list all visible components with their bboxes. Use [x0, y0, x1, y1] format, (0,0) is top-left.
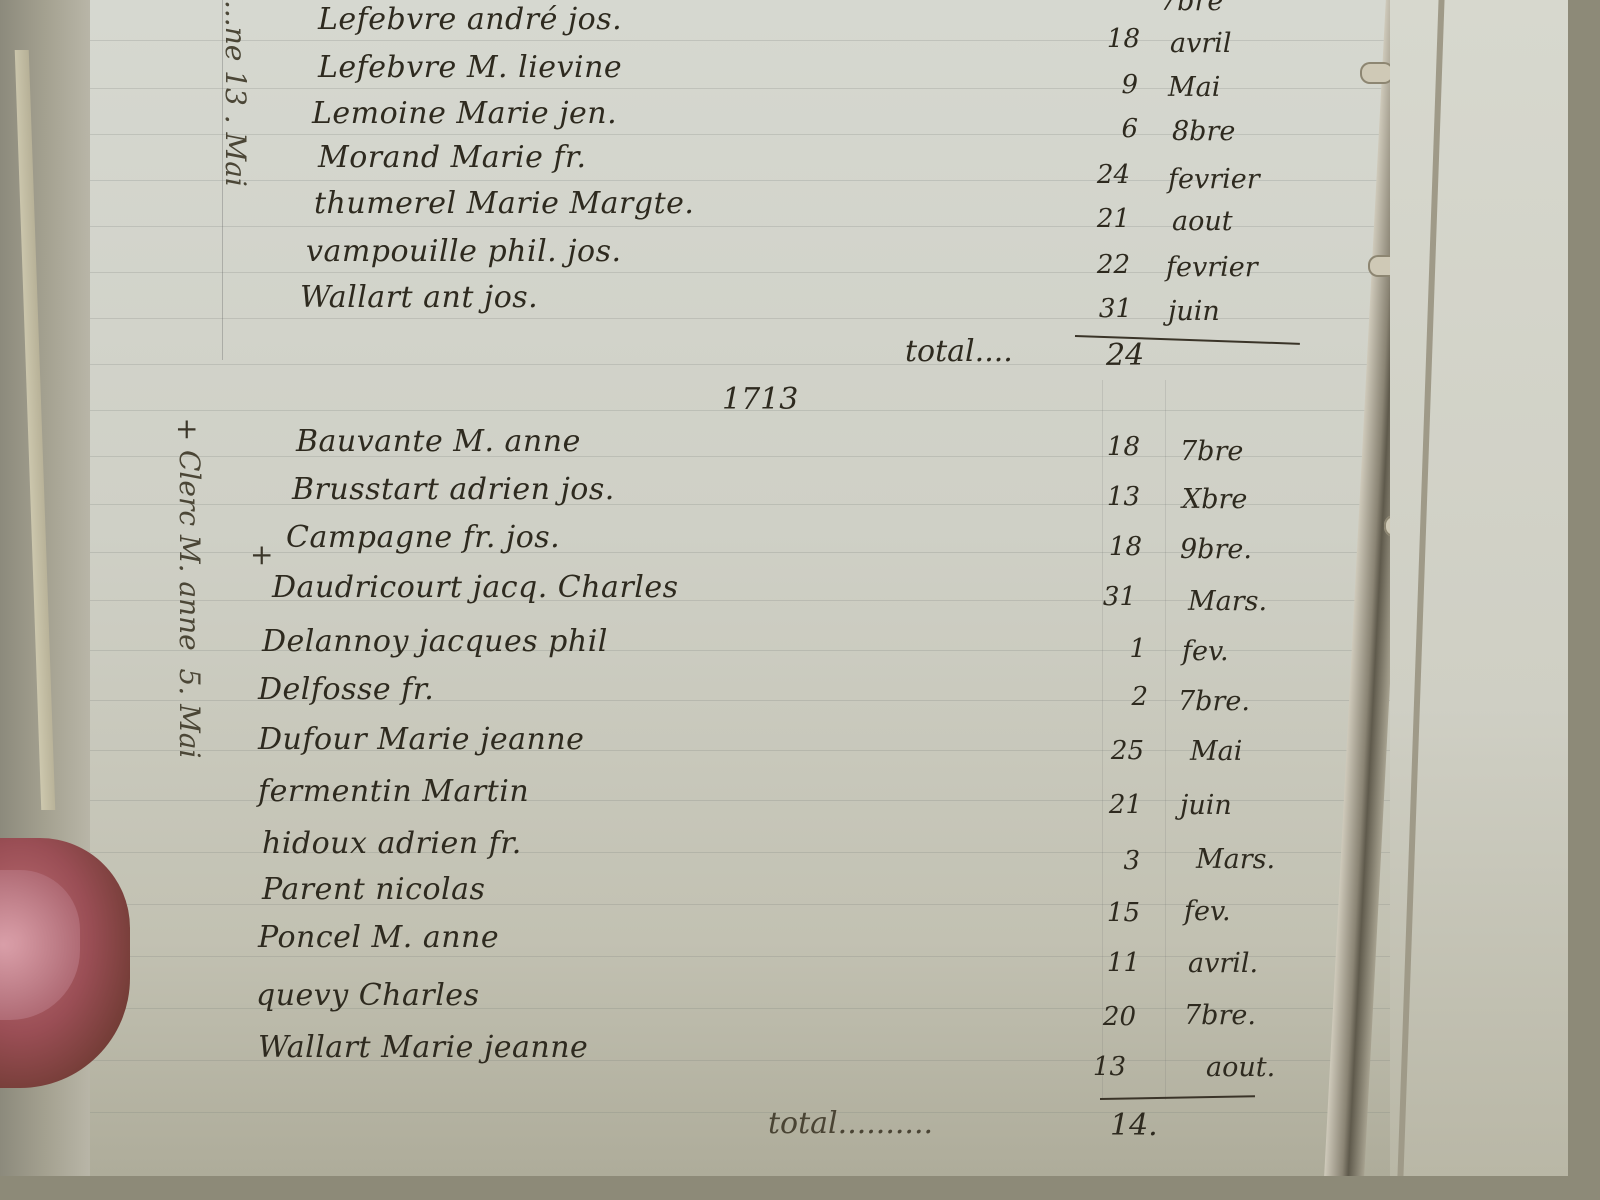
entry-day: 31 — [1082, 294, 1132, 324]
entry-day: 31 — [1086, 582, 1136, 612]
entry-name: thumerel Marie Margte. — [314, 186, 694, 221]
entry-name: Dufour Marie jeanne — [258, 722, 584, 757]
entry-day: 18 — [1090, 432, 1140, 462]
entry-name: Parent nicolas — [262, 872, 485, 907]
total-label-1713: total.......... — [768, 1106, 933, 1141]
entry-name: Poncel M. anne — [258, 920, 499, 955]
entry-month: juin — [1168, 296, 1220, 327]
entry-month: Mai — [1190, 736, 1242, 767]
entry-day: 24 — [1080, 160, 1130, 190]
entry-day: 18 — [1090, 24, 1140, 54]
margin-note-1713: Clerc M. anne 5. Mai — [173, 450, 206, 758]
entry-name: quevy Charles — [256, 978, 479, 1013]
entry-name: vampouille phil. jos. — [306, 234, 622, 269]
entry-name: Brusstart adrien jos. — [292, 472, 615, 507]
margin-cross: + — [175, 412, 198, 445]
entry-month: fevrier — [1166, 252, 1258, 283]
entry-month: Mai — [1168, 72, 1220, 103]
entry-name: hidoux adrien fr. — [262, 826, 522, 861]
entry-name: Morand Marie fr. — [318, 140, 587, 175]
entry-day: 15 — [1090, 898, 1140, 928]
entry-name: Wallart ant jos. — [300, 280, 538, 315]
entry-day: 13 — [1076, 1052, 1126, 1082]
entry-name: Lefebvre M. lievine — [318, 50, 622, 85]
year-heading: 1713 — [722, 382, 798, 417]
entry-name: Bauvante M. anne — [296, 424, 581, 459]
entry-day: 11 — [1090, 948, 1140, 978]
entry-name: Delfosse fr. — [258, 672, 434, 707]
entry-month: fev. — [1184, 896, 1231, 927]
entry-month: Mars. — [1188, 586, 1267, 617]
entry-month: 8bre — [1172, 116, 1235, 147]
entry-name: fermentin Martin — [258, 774, 529, 809]
entry-day: 1 — [1096, 634, 1146, 664]
entry-name: Daudricourt jacq. Charles — [272, 570, 679, 605]
entry-month: 7bre — [1160, 0, 1223, 17]
entry-month: 7bre. — [1184, 1000, 1256, 1031]
entry-name: Lefebvre andré jos. — [318, 2, 622, 37]
entry-day: 3 — [1090, 846, 1140, 876]
entry-day: 25 — [1094, 736, 1144, 766]
entry-month: 7bre. — [1178, 686, 1250, 717]
entry-name: Delannoy jacques phil — [262, 624, 608, 659]
entry-month: avril — [1170, 28, 1232, 59]
entry-day: 21 — [1092, 790, 1142, 820]
entry-month: fev. — [1182, 636, 1229, 667]
entry-month: aout. — [1206, 1052, 1275, 1083]
entry-month: Mars. — [1196, 844, 1275, 875]
entry-month: juin — [1180, 790, 1232, 821]
entry-month: 7bre — [1180, 436, 1243, 467]
entry-day: 9 — [1088, 70, 1138, 100]
entry-day: 18 — [1092, 532, 1142, 562]
entry-name: Lemoine Marie jen. — [312, 96, 617, 131]
entry-cross-mark: + — [250, 538, 273, 571]
entry-day: 20 — [1086, 1002, 1136, 1032]
entry-month: Xbre — [1182, 484, 1247, 515]
entry-name: Campagne fr. jos. — [286, 520, 560, 555]
entry-day: 21 — [1080, 204, 1130, 234]
total-value-top: 24 — [1106, 338, 1144, 373]
margin-note-top: ...ne 13 . Mai — [219, 0, 252, 187]
total-label-top: total.... — [905, 334, 1013, 369]
entry-month: aout — [1172, 206, 1233, 237]
entry-name: Wallart Marie jeanne — [258, 1030, 588, 1065]
entry-day: 6 — [1088, 114, 1138, 144]
entry-day: 13 — [1090, 482, 1140, 512]
entry-month: fevrier — [1168, 164, 1260, 195]
total-value-1713: 14. — [1110, 1108, 1158, 1143]
binding-stitch — [1360, 62, 1394, 84]
entry-day: 2 — [1098, 682, 1148, 712]
entry-day: 22 — [1080, 250, 1130, 280]
entry-month: 9bre. — [1180, 534, 1252, 565]
entry-month: avril. — [1188, 948, 1258, 979]
facing-page — [1390, 0, 1568, 1176]
